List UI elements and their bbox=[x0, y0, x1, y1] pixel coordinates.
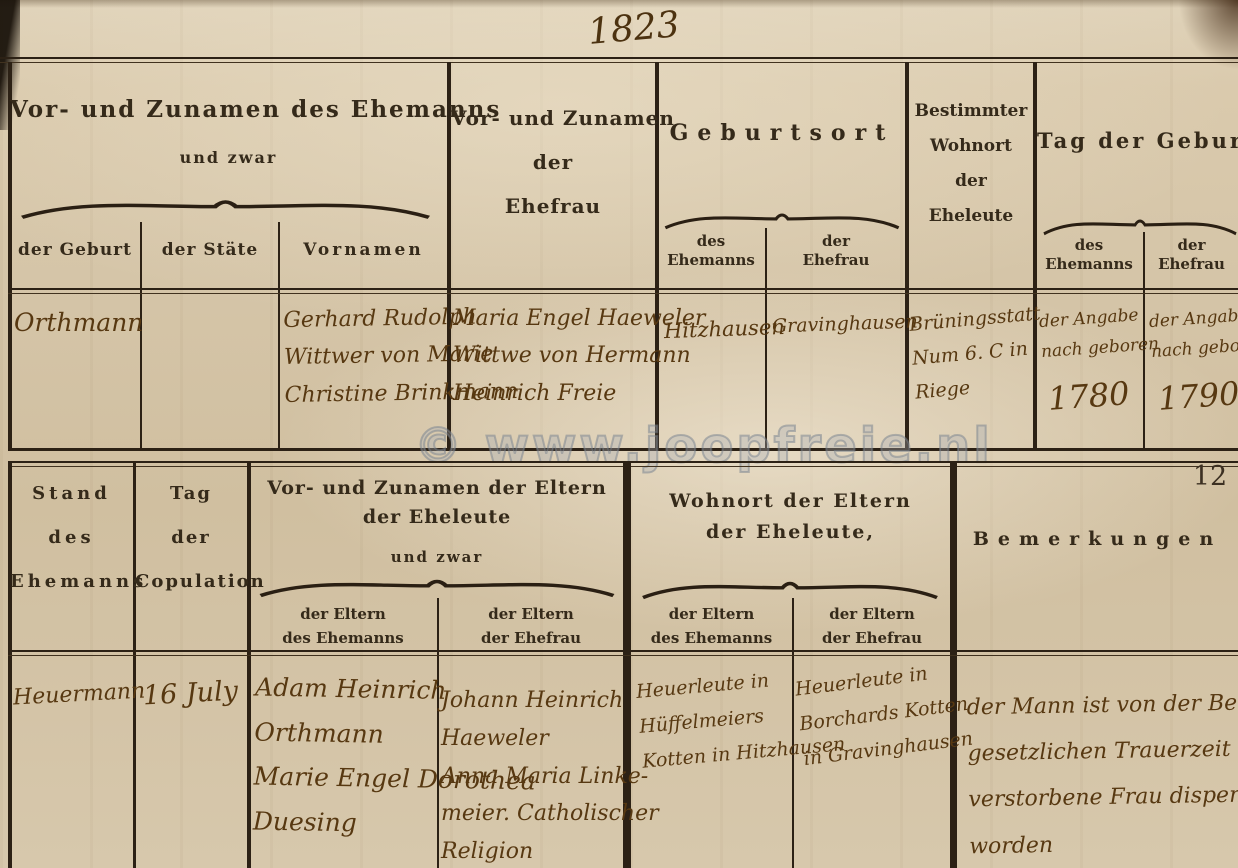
entry-husband-surname: Orthmann bbox=[14, 304, 143, 342]
header-birthday-husband: des Ehemanns bbox=[1035, 236, 1143, 274]
entry-copulation-day: 16 July bbox=[142, 672, 239, 717]
entry-stand: Heuermann bbox=[12, 675, 146, 715]
header-copulation: Tag der Copulation bbox=[135, 472, 247, 604]
header-stand: Stand des Ehemanns bbox=[10, 472, 133, 604]
grid-line bbox=[8, 650, 1238, 652]
entry-birthday-husband-note: der Angabe nach geboren bbox=[1038, 300, 1160, 368]
entry-remarks: der Mann ist von der Beobachtung gesetzl… bbox=[966, 679, 1238, 868]
header-col-state: der Stäte bbox=[142, 240, 278, 261]
year-annotation: 1823 bbox=[586, 0, 682, 60]
group-brace bbox=[1042, 216, 1238, 236]
header-parents-names: Vor- und Zunamen der Eltern der Eheleute bbox=[251, 474, 623, 533]
header-parents-husband: der Eltern des Ehemanns bbox=[249, 602, 437, 650]
grid-line bbox=[8, 288, 1238, 290]
header-parents-wife: der Eltern der Ehefrau bbox=[439, 602, 623, 650]
group-brace bbox=[640, 578, 940, 600]
grid-line bbox=[8, 655, 1238, 656]
register-page-scan: 1823 Vor- und Zunamen des Ehemanns und z… bbox=[0, 0, 1238, 868]
photo-corner-dark-right bbox=[1178, 0, 1238, 70]
header-parents-residence-wife: der Eltern der Ehefrau bbox=[794, 602, 950, 650]
entry-birthday-husband-year: 1780 bbox=[1046, 369, 1131, 423]
header-wife-names: Vor- und Zunamen der Ehefrau bbox=[451, 96, 655, 228]
header-parents-subtitle: und zwar bbox=[251, 548, 623, 567]
entry-parents-wife: Johann Heinrich Haeweler Anna Maria Link… bbox=[441, 682, 659, 868]
header-birthday-wife: der Ehefrau bbox=[1145, 236, 1238, 274]
header-birthday: Tag der Geburt bbox=[1037, 128, 1238, 154]
grid-line bbox=[0, 62, 1238, 63]
entry-birthplace-wife: Gravinghausen bbox=[772, 307, 919, 341]
page-number: 12 bbox=[1185, 460, 1235, 494]
header-husband-names-subtitle: und zwar bbox=[10, 148, 447, 168]
entry-residence: Brüningsstatt Num 6. C in Riege bbox=[908, 296, 1048, 410]
header-birthplace: Geburtsort bbox=[659, 120, 905, 148]
grid-line bbox=[0, 57, 1238, 59]
header-birthplace-wife: der Ehefrau bbox=[767, 232, 905, 270]
group-brace bbox=[257, 576, 617, 598]
group-brace bbox=[18, 196, 433, 220]
group-brace bbox=[663, 210, 901, 230]
entry-birthplace-husband: Hitzhausen bbox=[663, 312, 785, 348]
entry-birthday-wife-note: der Angabe nach geboren bbox=[1148, 300, 1238, 368]
header-husband-names: Vor- und Zunamen des Ehemanns bbox=[10, 96, 447, 125]
header-residence: Bestimmter Wohnort der Eheleute bbox=[909, 94, 1033, 233]
header-parents-residence: Wohnort der Eltern der Eheleute, bbox=[631, 486, 950, 549]
header-parents-residence-husband: der Eltern des Ehemanns bbox=[631, 602, 792, 650]
header-col-firstnames: Vornamen bbox=[280, 240, 447, 261]
entry-birthday-wife-year: 1790 bbox=[1156, 369, 1238, 423]
header-col-birth: der Geburt bbox=[10, 240, 140, 261]
grid-line bbox=[8, 293, 1238, 294]
header-remarks: Bemerkungen bbox=[957, 528, 1238, 552]
header-birthplace-husband: des Ehemanns bbox=[657, 232, 765, 270]
entry-parents-residence-wife: Heuerleute in Borchards Kotten in Gravin… bbox=[793, 652, 975, 777]
